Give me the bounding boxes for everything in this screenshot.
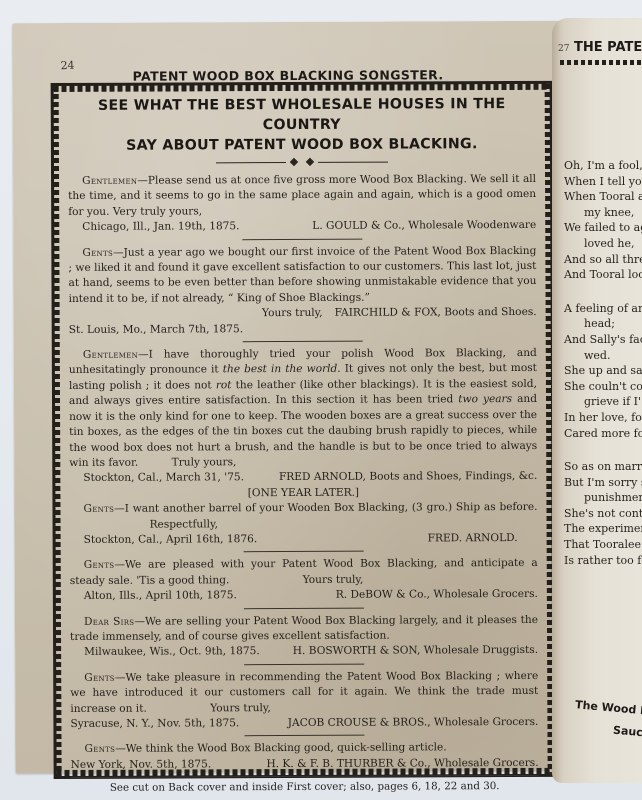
salutation: Gentlemen bbox=[83, 349, 138, 361]
right-page: 27 THE PATENT Oh, I'm a fool, as When I … bbox=[552, 18, 642, 783]
section-divider bbox=[244, 607, 364, 609]
serrated-border-top bbox=[560, 60, 642, 65]
testimonial-letter: Gentlemen—Please send us at once five gr… bbox=[68, 172, 536, 236]
emphasis: the best in the world. bbox=[223, 363, 341, 376]
section-divider bbox=[244, 551, 364, 553]
testimonial-letter: Gents—We are pleased with your Patent Wo… bbox=[70, 556, 538, 604]
song-line: wed. bbox=[564, 348, 642, 364]
emphasis: rot bbox=[216, 379, 232, 391]
song-lyrics: Oh, I'm a fool, as When I tell you w Whe… bbox=[564, 158, 642, 568]
section-divider bbox=[244, 663, 364, 665]
letter-body: —Please send us at once five gross more … bbox=[68, 173, 536, 218]
salutation: Dear Sirs bbox=[84, 615, 134, 627]
letter-body: —We think the Wood Box Blacking good, qu… bbox=[115, 742, 447, 755]
signature: H. K. & F. B. THURBER & Co., Wholesale G… bbox=[266, 756, 538, 773]
song-line: And Sally's face g bbox=[564, 332, 642, 348]
song-line: The experiment, bbox=[564, 521, 642, 537]
signature: FRED. ARNOLD. bbox=[428, 531, 518, 547]
running-head: THE PATENT bbox=[574, 40, 642, 55]
song-line: That Tooralee wa bbox=[564, 537, 642, 553]
testimonial-letter: Gents—We think the Wood Box Blacking goo… bbox=[71, 740, 539, 773]
song-line: And Tooral looral bbox=[564, 267, 642, 283]
signature: FRED ARNOLD, Boots and Shoes, Findings, … bbox=[279, 469, 537, 486]
headline-line-1: SEE WHAT THE BEST WHOLESALE HOUSES IN TH… bbox=[68, 94, 536, 136]
salutation: Gents bbox=[82, 246, 113, 258]
song-line: punishmen bbox=[564, 490, 642, 506]
headline-line-2: SAY ABOUT PATENT WOOD BOX BLACKING. bbox=[68, 134, 536, 156]
song-line: loved he, bbox=[564, 236, 642, 252]
salutation: Gents bbox=[84, 559, 115, 571]
song-line: A feeling of anger bbox=[564, 301, 642, 317]
ad-line: Sauce bbox=[572, 716, 642, 746]
section-divider bbox=[244, 735, 364, 737]
salutation: Gents bbox=[83, 503, 114, 515]
closing: Truly yours, bbox=[142, 456, 237, 468]
salutation: Gentlemen bbox=[82, 175, 137, 187]
closing: Yours truly, bbox=[150, 702, 271, 715]
place-date: Milwaukee, Wis., Oct. 9th, 1875. bbox=[84, 645, 260, 661]
song-line: head; bbox=[564, 316, 642, 332]
testimonial-letter: Gents—I want another barrel of your Wood… bbox=[69, 500, 537, 548]
song-line: my knee, bbox=[564, 205, 642, 221]
serrated-border-top bbox=[54, 83, 550, 92]
song-line: She couln't conce bbox=[564, 379, 642, 395]
left-page: 24 PATENT WOOD BOX BLACKING SONGSTER. SE… bbox=[12, 21, 567, 773]
place-date: Chicago, Ill., Jan. 19th, 1875. bbox=[82, 219, 239, 235]
letter-body: —We are selling your Patent Wood Box Bla… bbox=[70, 613, 538, 642]
song-line: In her love, for sh bbox=[564, 410, 642, 426]
right-advertisement: The Wood Box Sauce bbox=[572, 694, 642, 746]
section-divider bbox=[243, 341, 363, 343]
letter-body: —I want another barrel of your Wooden Bo… bbox=[114, 501, 537, 515]
ornament-divider bbox=[68, 158, 536, 166]
signature: FAIRCHILD & FOX, Boots and Shoes. bbox=[335, 305, 537, 321]
testimonial-letter: Gents—We take pleasure in recommending t… bbox=[70, 669, 538, 733]
testimonial-letter: Gents—Just a year ago we bought our firs… bbox=[68, 244, 536, 338]
testimonial-letter: Gentlemen—I have thoroughly tried your p… bbox=[69, 346, 538, 502]
signature: H. BOSWORTH & SON, Wholesale Druggists. bbox=[293, 643, 538, 659]
emphasis: two years bbox=[458, 393, 512, 405]
song-line: And so all three d bbox=[564, 252, 642, 268]
advertisement-content: SEE WHAT THE BEST WHOLESALE HOUSES IN TH… bbox=[68, 94, 539, 766]
song-line: When Tooral and bbox=[564, 189, 642, 205]
serrated-border-left bbox=[53, 86, 62, 776]
page-number: 27 bbox=[558, 44, 569, 54]
advertisement-frame: SEE WHAT THE BEST WHOLESALE HOUSES IN TH… bbox=[51, 81, 556, 779]
closing: Yours truly, bbox=[262, 306, 323, 322]
song-line: She's not content bbox=[564, 506, 642, 522]
testimonial-letter: Dear Sirs—We are selling your Patent Woo… bbox=[70, 612, 538, 660]
closing: Respectfully, bbox=[70, 518, 218, 531]
place-date: Alton, Ills., April 10th, 1875. bbox=[84, 588, 237, 604]
song-line: She up and said I bbox=[564, 363, 642, 379]
signature: R. DeBOW & Co., Wholesale Grocers. bbox=[336, 587, 538, 603]
song-line: But I'm sorry she bbox=[564, 475, 642, 491]
place-date: St. Louis, Mo., March 7th, 1875. bbox=[69, 321, 537, 338]
section-divider bbox=[242, 238, 362, 240]
closing: Yours truly, bbox=[233, 573, 364, 586]
salutation: Gents bbox=[84, 672, 115, 684]
page-number: 24 bbox=[60, 59, 74, 73]
song-line: So as on marriage bbox=[564, 459, 642, 475]
place-date: New York, Nov. 5th, 1875. bbox=[71, 757, 212, 773]
headline: SEE WHAT THE BEST WHOLESALE HOUSES IN TH… bbox=[68, 94, 536, 156]
signature: L. GOULD & Co., Wholesale Woodenware bbox=[312, 218, 536, 234]
place-date: Stockton, Cal., April 16th, 1876. bbox=[84, 532, 258, 548]
song-line: Cared more for m bbox=[564, 426, 642, 442]
footer-note: See cut on Back cover and inside First c… bbox=[71, 779, 539, 795]
signature: JACOB CROUSE & BROS., Wholesale Grocers. bbox=[288, 715, 539, 731]
song-line: We failed to agre bbox=[564, 220, 642, 236]
song-line: grieve if I' bbox=[564, 394, 642, 410]
salutation: Gents bbox=[85, 743, 116, 755]
song-line: When I tell you w bbox=[564, 174, 642, 190]
place-date: Syracuse, N. Y., Nov. 5th, 1875. bbox=[70, 716, 239, 732]
song-line: Is rather too fond bbox=[564, 553, 642, 569]
place-date: Stockton, Cal., March 31, '75. bbox=[83, 471, 244, 487]
letter-body: —Just a year ago we bought our first inv… bbox=[68, 245, 536, 305]
letter-body: —We take pleasure in recommending the Pa… bbox=[70, 670, 538, 715]
song-line: Oh, I'm a fool, as bbox=[564, 158, 642, 174]
